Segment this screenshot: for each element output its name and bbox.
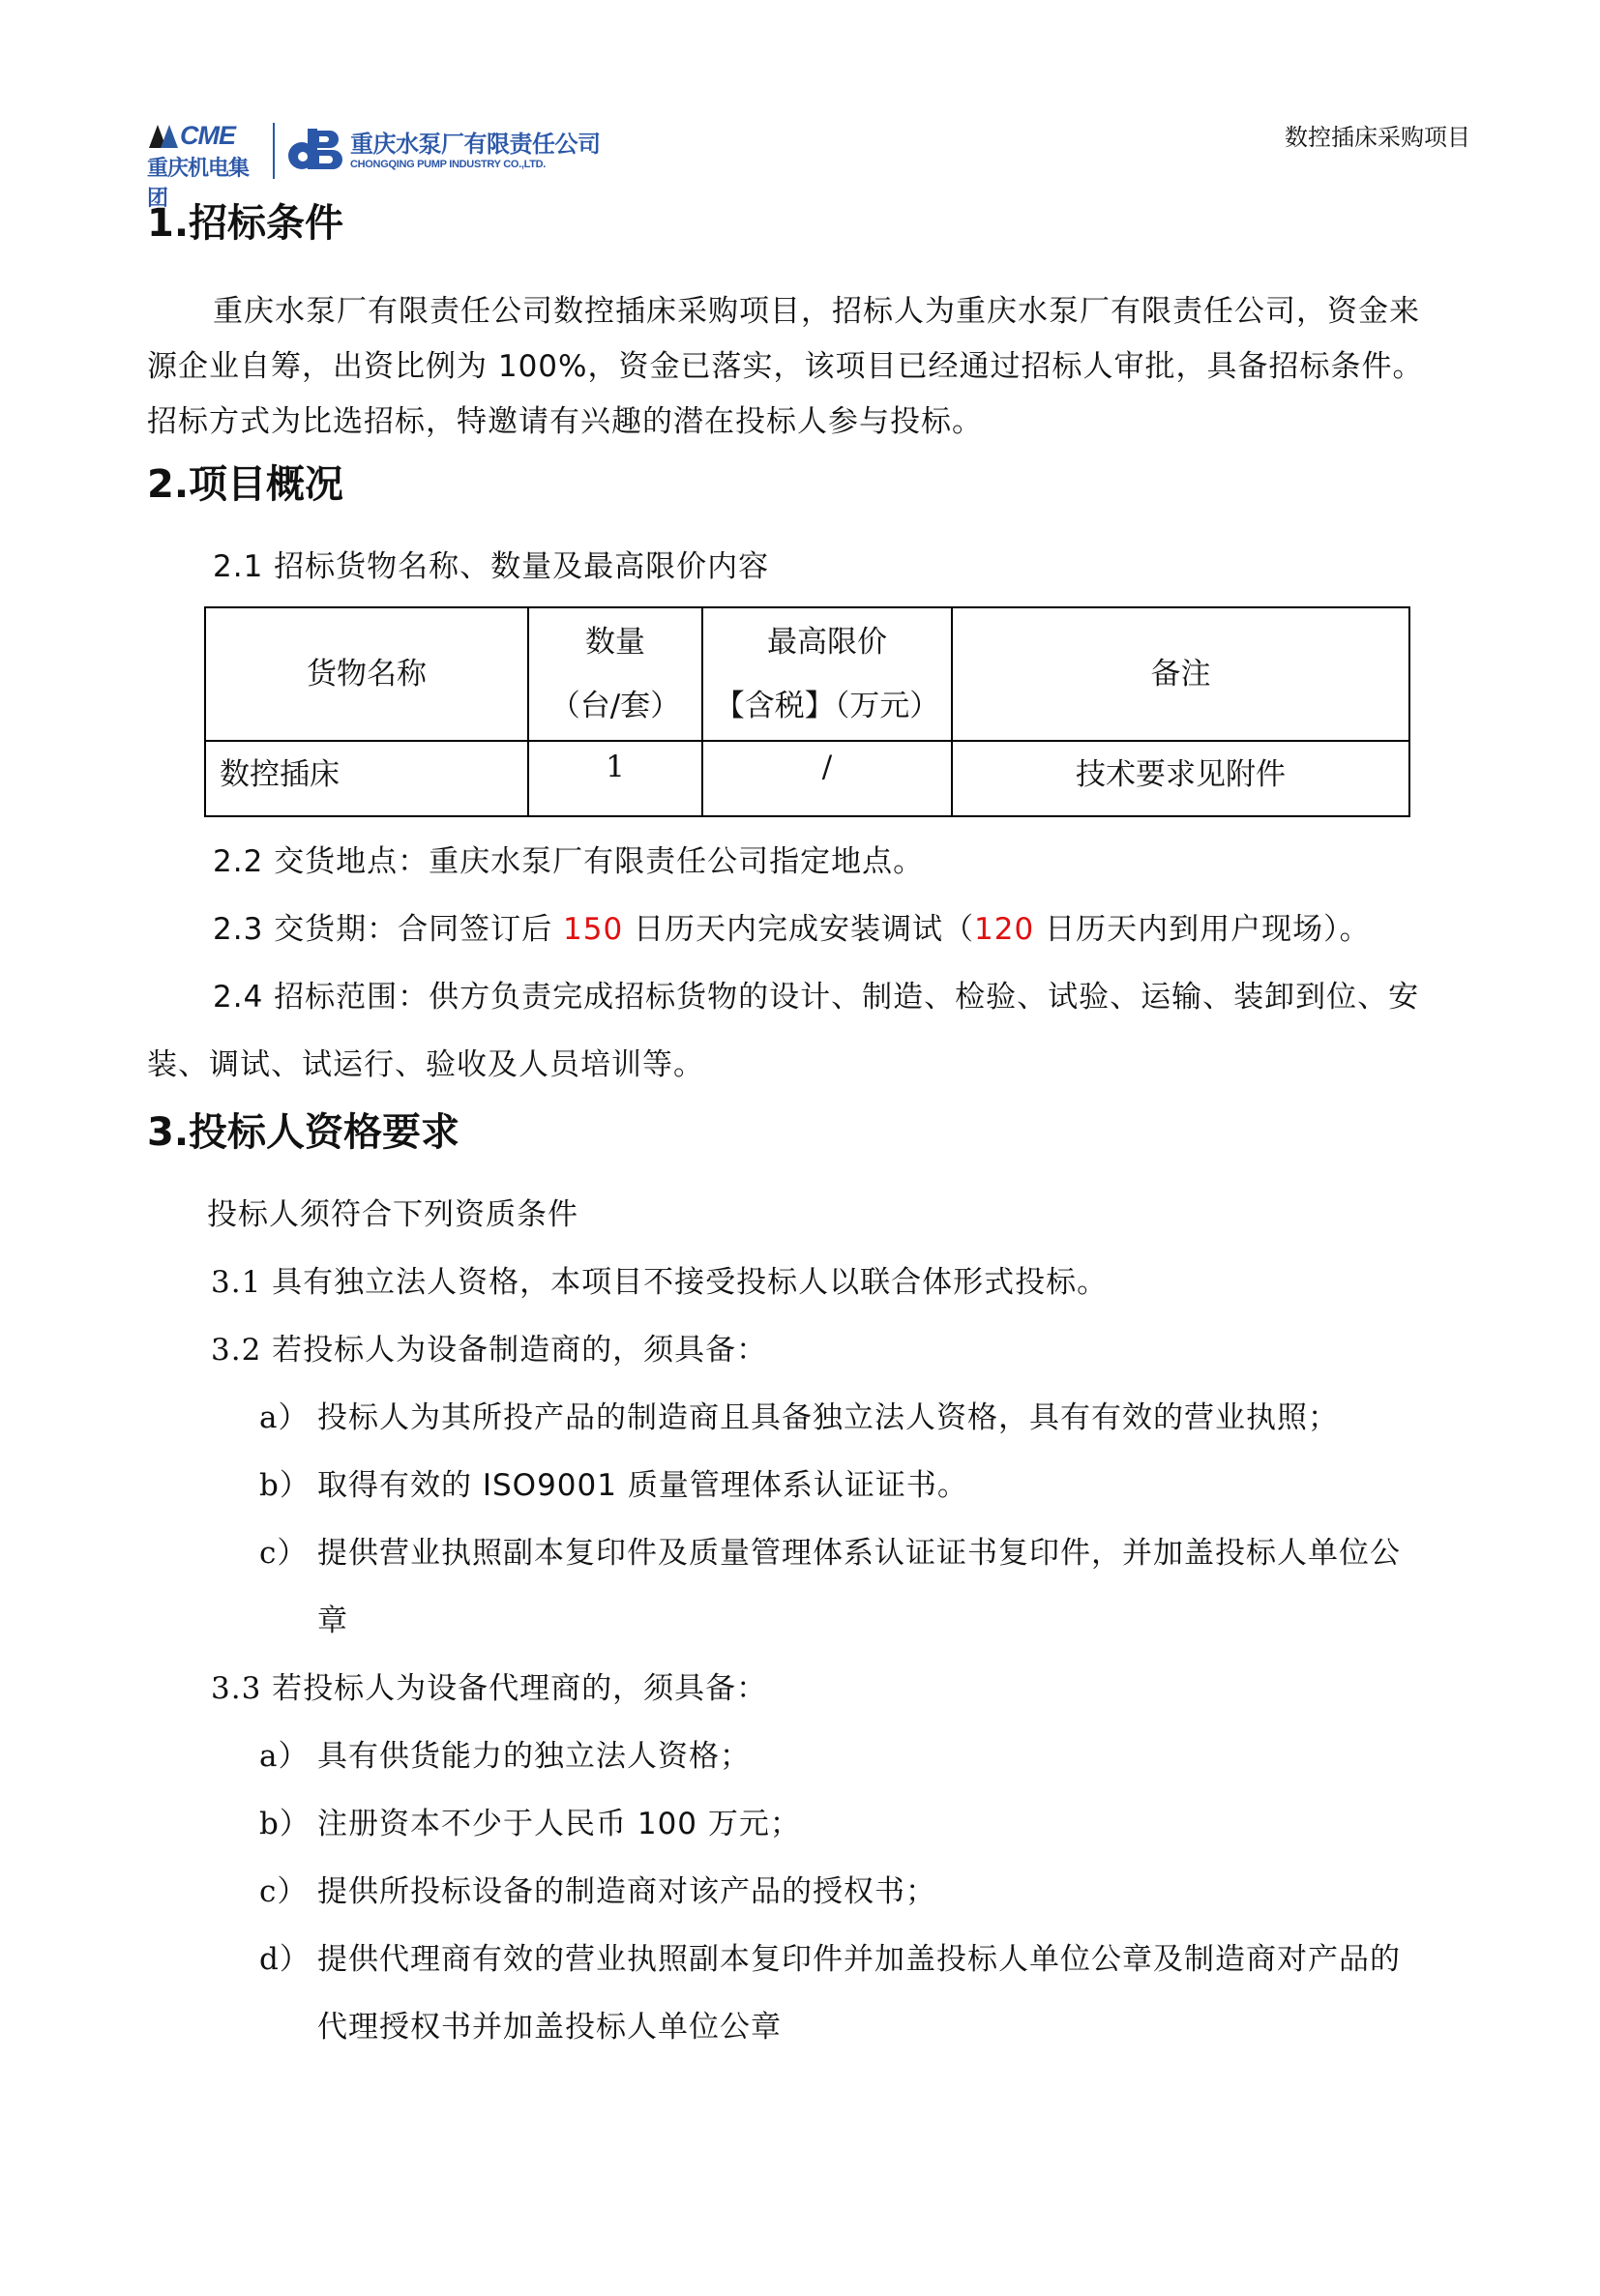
list-item: 投标人为其所投产品的制造商且具备独立法人资格，具有有效的营业执照； <box>317 1398 1339 1437</box>
section2-4-scope-line: 装、调试、试运行、验收及人员培训等。 <box>147 1045 704 1084</box>
days-total-highlight: 150 <box>563 912 623 947</box>
list-marker: a） <box>259 1737 309 1776</box>
list-item-continued: 代理授权书并加盖投标人单位公章 <box>317 2008 782 2046</box>
section3-2-item: 3.2 若投标人为设备制造商的，须具备： <box>211 1331 767 1369</box>
company-logo-text: 重庆水泵厂有限责任公司 CHONGQING PUMP INDUSTRY CO.,… <box>350 131 601 171</box>
section2-2-delivery-place: 2.2 交货地点：重庆水泵厂有限责任公司指定地点。 <box>213 842 924 881</box>
section3-3-item: 3.3 若投标人为设备代理商的，须具备： <box>211 1669 767 1708</box>
section2-1-title: 2.1 招标货物名称、数量及最高限价内容 <box>213 547 769 586</box>
section1-heading: 1.招标条件 <box>147 199 343 248</box>
list-marker: b） <box>259 1466 311 1505</box>
list-marker: c） <box>259 1534 308 1573</box>
list-item: 具有供货能力的独立法人资格； <box>317 1737 751 1776</box>
list-marker: d） <box>259 1940 311 1979</box>
company-name-en: CHONGQING PUMP INDUSTRY CO.,LTD. <box>350 158 601 171</box>
cell-quantity: 1 <box>528 741 702 816</box>
cell-max-price: / <box>702 741 952 816</box>
table-header-row: 货物名称 数量 （台/套） 最高限价 【含税】（万元） 备注 <box>205 607 1409 741</box>
table-header-quantity: 数量 （台/套） <box>528 607 702 741</box>
section3-intro: 投标人须符合下列资质条件 <box>207 1195 578 1234</box>
db-logo-icon <box>288 129 344 173</box>
list-item-continued: 章 <box>317 1602 348 1640</box>
header-logos: CME 重庆机电集团 重庆水泵厂有限责任公司 CHONGQING PUMP IN… <box>147 118 601 184</box>
company-name-cn: 重庆水泵厂有限责任公司 <box>350 131 601 158</box>
table-row: 数控插床 1 / 技术要求见附件 <box>205 741 1409 816</box>
section2-4-scope-line: 2.4 招标范围：供方负责完成招标货物的设计、制造、检验、试验、运输、装卸到位、… <box>213 978 1419 1016</box>
section3-1-item: 3.1 具有独立法人资格，本项目不接受投标人以联合体形式投标。 <box>211 1263 1108 1302</box>
cme-mountain-icon-blue <box>161 125 178 148</box>
table-header-max-price: 最高限价 【含税】（万元） <box>702 607 952 741</box>
table-header-name: 货物名称 <box>205 607 528 741</box>
cell-name: 数控插床 <box>205 741 528 816</box>
list-marker: b） <box>259 1805 311 1843</box>
cme-logo-mark: CME <box>180 121 235 151</box>
list-item: 提供营业执照副本复印件及质量管理体系认证证书复印件，并加盖投标人单位公 <box>317 1534 1401 1573</box>
list-marker: c） <box>259 1872 308 1911</box>
list-item: 提供代理商有效的营业执照副本复印件并加盖投标人单位公章及制造商对产品的 <box>317 1940 1401 1979</box>
list-item: 注册资本不少于人民币 100 万元； <box>317 1805 801 1843</box>
days-arrival-highlight: 120 <box>974 912 1034 947</box>
section1-paragraph-line: 源企业自筹，出资比例为 100%，资金已落实，该项目已经通过招标人审批，具备招标… <box>147 347 1423 386</box>
cme-logo: CME 重庆机电集团 <box>147 119 263 183</box>
section2-heading: 2.项目概况 <box>147 460 343 509</box>
list-marker: a） <box>259 1398 309 1437</box>
list-item: 提供所投标设备的制造商对该产品的授权书； <box>317 1872 936 1911</box>
table-header-remark: 备注 <box>952 607 1409 741</box>
section2-3-delivery-period: 2.3 交货期：合同签订后 150 日历天内完成安装调试（120 日历天内到用户… <box>213 910 1371 949</box>
cell-remark: 技术要求见附件 <box>952 741 1409 816</box>
goods-table: 货物名称 数量 （台/套） 最高限价 【含税】（万元） 备注 数控插床 1 / … <box>204 606 1410 817</box>
logo-divider <box>273 123 275 179</box>
section1-paragraph-line: 重庆水泵厂有限责任公司数控插床采购项目，招标人为重庆水泵厂有限责任公司，资金来 <box>213 292 1420 331</box>
document-header-title: 数控插床采购项目 <box>1285 118 1470 152</box>
list-item: 取得有效的 ISO9001 质量管理体系认证证书。 <box>317 1466 968 1505</box>
section1-paragraph-line: 招标方式为比选招标，特邀请有兴趣的潜在投标人参与投标。 <box>147 402 983 441</box>
section3-heading: 3.投标人资格要求 <box>147 1108 459 1157</box>
